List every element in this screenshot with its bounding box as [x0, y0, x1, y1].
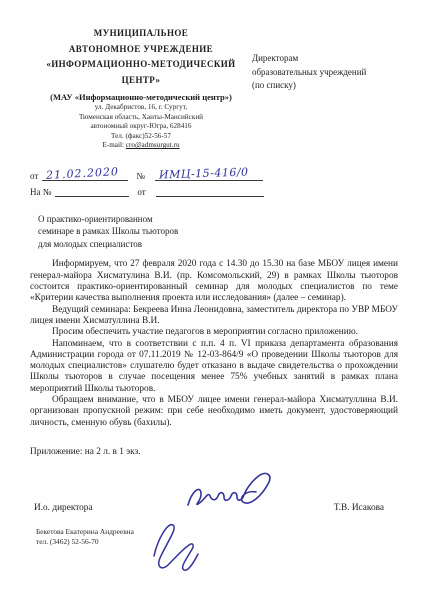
reference-row-outgoing: от 21.02.2020 № ИМЦ-15-416/0 — [30, 165, 275, 181]
subject-block: О практико-ориентированном семинаре в ра… — [38, 213, 258, 251]
body-paragraph: Ведущий семинара: Бекреева Инна Леонидов… — [30, 305, 398, 328]
signer-position: И.о. директора — [34, 503, 93, 513]
reference-row-incoming: На № от — [30, 181, 275, 197]
handwritten-number: ИМЦ-15-416/0 — [159, 165, 249, 181]
director-signature — [182, 469, 278, 518]
from-label-2: от — [137, 187, 149, 197]
executor-signature — [138, 516, 202, 579]
reference-block: от 21.02.2020 № ИМЦ-15-416/0 На № от — [30, 165, 275, 197]
number-label: № — [136, 171, 149, 181]
outgoing-date-field: 21.02.2020 — [42, 167, 128, 181]
attachment-note: Приложение: на 2 л. в 1 экз. — [30, 447, 398, 457]
body-paragraph: Просим обеспечить участие педагогов в ме… — [30, 327, 398, 338]
addressee-block: Директорам образовательных учреждений (п… — [252, 52, 398, 151]
on-number-label: На № — [30, 187, 55, 197]
executor-phone: тел. (3462) 52-56-70 — [36, 537, 134, 547]
signer-name: Т.В. Исакова — [334, 503, 384, 513]
org-address-line: автономный округ-Югра, 628416 — [30, 122, 252, 132]
org-email-line: E-mail: cro@admsurgut.ru — [30, 141, 252, 151]
incoming-number-field — [55, 183, 129, 197]
org-address-line: Тюменская область, Ханты-Мансийский — [30, 113, 252, 123]
letter-header: МУНИЦИПАЛЬНОЕ АВТОНОМНОЕ УЧРЕЖДЕНИЕ «ИНФ… — [30, 26, 398, 151]
signature-row: И.о. директора Т.В. Исакова — [30, 485, 398, 519]
email-label: E-mail: — [102, 141, 124, 149]
incoming-date-field — [156, 183, 264, 197]
outgoing-number-field: ИМЦ-15-416/0 — [155, 167, 263, 181]
subject-line: О практико-ориентированном — [38, 213, 258, 226]
org-name-line: «ИНФОРМАЦИОННО-МЕТОДИЧЕСКИЙ — [30, 57, 252, 73]
addressee-line: (по списку) — [252, 79, 398, 93]
org-name-line: ЦЕНТР» — [30, 73, 252, 89]
executor-contact: Бекетова Екатерина Андреевна тел. (3462)… — [36, 527, 134, 547]
handwritten-date: 21.02.2020 — [46, 165, 120, 182]
subject-line: для молодых специалистов — [38, 238, 258, 251]
body-paragraph: Обращаем внимание, что в МБОУ лицее имен… — [30, 395, 398, 429]
body-paragraph: Информируем, что 27 февраля 2020 года с … — [30, 259, 398, 304]
org-address-line: ул. Декабристов, 16, г. Сургут, — [30, 103, 252, 113]
scanned-letter-page: МУНИЦИПАЛЬНОЕ АВТОНОМНОЕ УЧРЕЖДЕНИЕ «ИНФ… — [0, 0, 424, 599]
organization-block: МУНИЦИПАЛЬНОЕ АВТОНОМНОЕ УЧРЕЖДЕНИЕ «ИНФ… — [30, 26, 252, 151]
letter-body: Информируем, что 27 февраля 2020 года с … — [30, 259, 398, 456]
addressee-line: образовательных учреждений — [252, 66, 398, 80]
from-label: от — [30, 171, 42, 181]
org-name-line: АВТОНОМНОЕ УЧРЕЖДЕНИЕ — [30, 42, 252, 58]
subject-line: семинаре в рамках Школы тьюторов — [38, 225, 258, 238]
body-paragraph: Напоминаем, что в соответствии с п.п. 4 … — [30, 339, 398, 395]
org-phone-line: Тел. (факс)52-56-57 — [30, 132, 252, 142]
org-short-name: (МАУ «Информационно-методический центр») — [30, 91, 252, 103]
email-link[interactable]: cro@admsurgut.ru — [126, 141, 180, 149]
executor-name: Бекетова Екатерина Андреевна — [36, 527, 134, 537]
org-name-line: МУНИЦИПАЛЬНОЕ — [30, 26, 252, 42]
addressee-line: Директорам — [252, 52, 398, 66]
